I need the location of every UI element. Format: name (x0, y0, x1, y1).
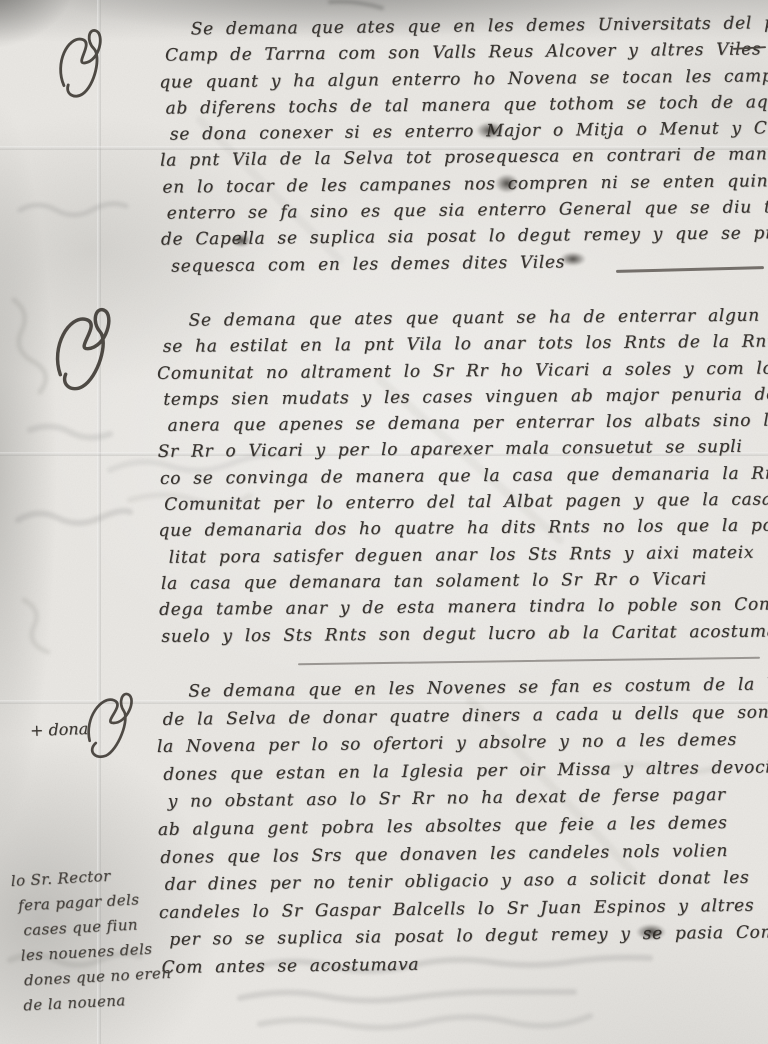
manuscript-page: Se demana que ates que en les demes Univ… (0, 0, 768, 1044)
paper-grain-overlay (0, 0, 768, 1044)
